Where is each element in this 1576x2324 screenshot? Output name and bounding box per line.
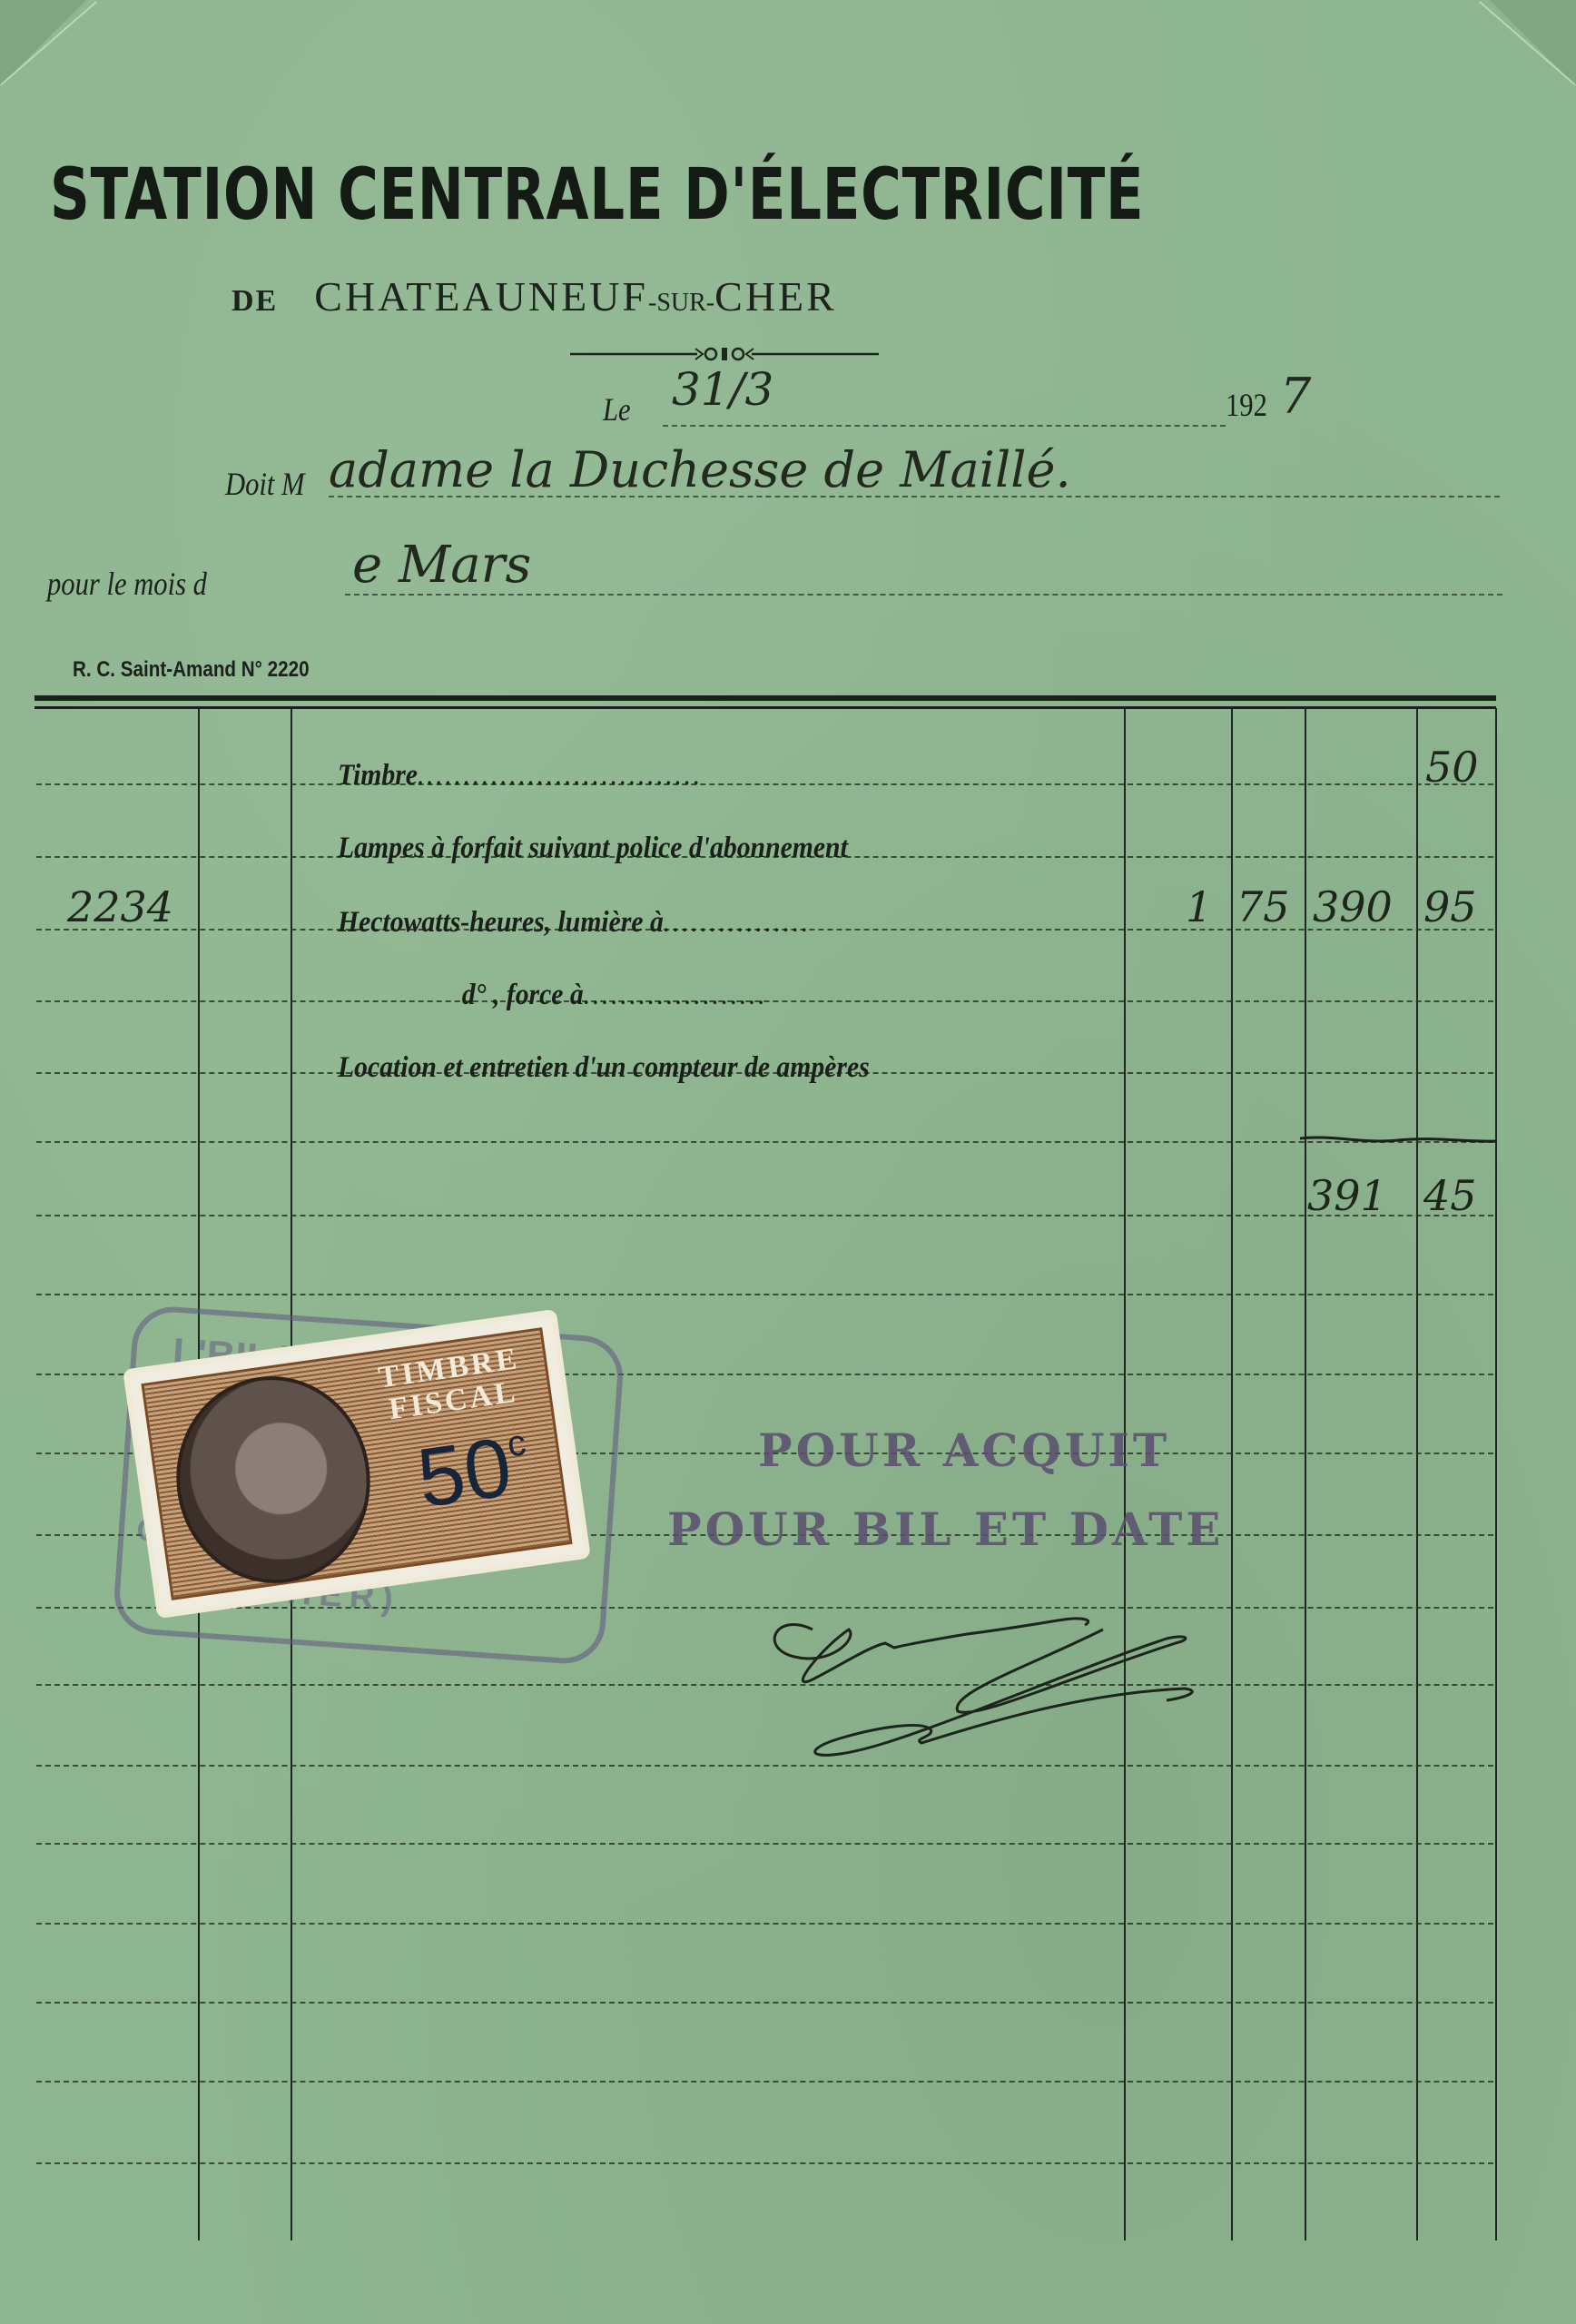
row-rule xyxy=(36,1215,1124,1216)
table-top-rule-thin xyxy=(34,706,1496,709)
customer-underline xyxy=(329,496,1500,497)
ornament-divider-icon xyxy=(570,343,879,365)
total-dec[interactable]: 45 xyxy=(1423,1171,1477,1220)
registration-number: R. C. Saint-Amand N° 2220 xyxy=(73,657,310,683)
column-rule xyxy=(1305,708,1306,2240)
row-rule xyxy=(1128,1374,1493,1375)
timbre-amount-cents[interactable]: 50 xyxy=(1425,743,1479,792)
rate-dec[interactable]: 75 xyxy=(1236,882,1290,931)
customer-name[interactable]: adame la Duchesse de Maillé. xyxy=(329,441,1071,498)
row-rule xyxy=(1128,1923,1493,1925)
total-underline xyxy=(1298,1133,1498,1146)
acquit-stamp-line-2: POUR BIL ET DATE xyxy=(667,1502,1224,1556)
meter-index[interactable]: 2234 xyxy=(67,882,173,931)
row-rule xyxy=(36,2081,1124,2083)
doit-label: Doit M xyxy=(225,465,305,503)
rate-int[interactable]: 1 xyxy=(1186,882,1212,931)
subtitle-sur: -SUR- xyxy=(648,289,714,317)
date-value[interactable]: 31/3 xyxy=(672,363,773,416)
column-rule xyxy=(1416,708,1418,2240)
year-printed: 192 xyxy=(1226,386,1267,424)
row-rule xyxy=(1128,2162,1493,2164)
table-top-rule xyxy=(34,695,1496,701)
line-item-label: Location et entretien d'un compteur de a… xyxy=(338,1051,870,1085)
signature-icon xyxy=(758,1593,1212,1775)
acquit-stamp-line-1: POUR ACQUIT xyxy=(758,1423,1170,1477)
row-rule xyxy=(36,1843,1124,1845)
fiscal-stamp-body: TIMBREFISCAL 50c xyxy=(141,1327,572,1600)
row-rule xyxy=(36,2002,1124,2004)
row-rule xyxy=(36,2162,1124,2164)
marianne-medallion-icon xyxy=(163,1364,384,1595)
line-item-label: Timbre............................... xyxy=(338,759,703,793)
line-item-label: d° , force à.................... xyxy=(338,979,767,1012)
invoice-paper: STATION CENTRALE D'ÉLECTRICITÉ DECHATEAU… xyxy=(0,0,1576,2324)
month-underline xyxy=(345,594,1502,596)
subtitle-de: DE xyxy=(231,284,278,318)
row-rule xyxy=(1128,1072,1493,1074)
fiscal-stamp-title: TIMBREFISCAL xyxy=(357,1340,546,1430)
column-rule xyxy=(1495,708,1497,2240)
amount-int[interactable]: 390 xyxy=(1313,882,1393,931)
line-item-label: Hectowatts-heures, lumière à............… xyxy=(338,906,811,940)
row-rule xyxy=(1128,1000,1493,1002)
row-rule xyxy=(1128,856,1493,858)
company-title: STATION CENTRALE D'ÉLECTRICITÉ xyxy=(50,154,1127,236)
subtitle-city: CHATEAUNEUF xyxy=(314,273,648,320)
month-label: pour le mois d xyxy=(47,565,207,603)
fiscal-stamp-value: 50c xyxy=(412,1417,536,1527)
row-rule xyxy=(36,1923,1124,1925)
line-item-label: Lampes à forfait suivant police d'abonne… xyxy=(338,832,848,865)
month-value[interactable]: e Mars xyxy=(352,536,531,595)
column-rule xyxy=(1231,708,1233,2240)
amount-dec[interactable]: 95 xyxy=(1423,882,1477,931)
row-rule xyxy=(1128,1843,1493,1845)
company-subtitle: DECHATEAUNEUF-SUR-CHER xyxy=(231,272,837,320)
date-label: Le xyxy=(603,390,631,428)
subtitle-city-b: CHER xyxy=(714,273,837,320)
date-underline xyxy=(663,425,1226,427)
row-rule xyxy=(1128,2081,1493,2083)
row-rule xyxy=(36,1294,1124,1295)
row-rule xyxy=(1128,1452,1493,1454)
row-rule xyxy=(1128,2002,1493,2004)
year-handwritten[interactable]: 7 xyxy=(1280,368,1311,425)
row-rule xyxy=(1128,1294,1493,1295)
total-int[interactable]: 391 xyxy=(1307,1171,1387,1220)
row-rule xyxy=(36,1141,1124,1143)
